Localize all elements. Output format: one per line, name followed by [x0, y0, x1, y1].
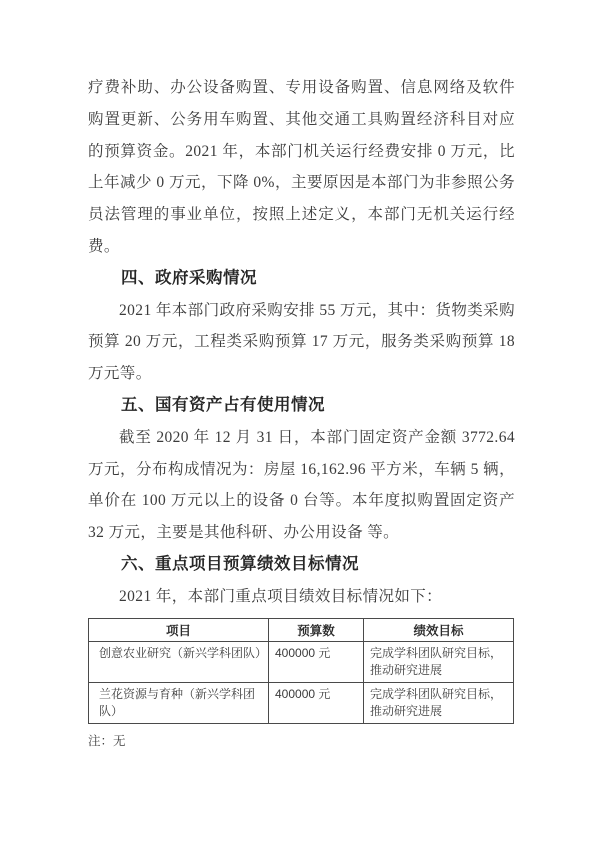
document-page: 疗费补助、办公设备购置、专用设备购置、信息网络及软件购置更新、公务用车购置、其他… [0, 0, 600, 848]
page-content: 疗费补助、办公设备购置、专用设备购置、信息网络及软件购置更新、公务用车购置、其他… [88, 72, 515, 749]
section-heading-government-procurement: 四、政府采购情况 [88, 263, 515, 295]
table-row: 兰花资源与育种（新兴学科团队） 400000 元 完成学科团队研究目标，推动研究… [89, 682, 514, 723]
column-header-performance-target: 绩效目标 [364, 618, 514, 641]
budget-amount-cell: 400000 元 [269, 641, 364, 682]
section-paragraph-state-assets: 截至 2020 年 12 月 31 日，本部门固定资产金额 3772.64 万元… [88, 422, 515, 549]
budget-amount-cell: 400000 元 [269, 682, 364, 723]
section-heading-state-assets: 五、国有资产占有使用情况 [88, 390, 515, 422]
column-header-budget: 预算数 [269, 618, 364, 641]
performance-target-cell: 完成学科团队研究目标，推动研究进展 [364, 682, 514, 723]
section-paragraph-government-procurement: 2021 年本部门政府采购安排 55 万元，其中：货物类采购预算 20 万元，工… [88, 295, 515, 390]
section-paragraph-key-project-performance: 2021 年，本部门重点项目绩效目标情况如下： [88, 581, 515, 613]
performance-targets-table: 项目 预算数 绩效目标 创意农业研究（新兴学科团队） 400000 元 完成学科… [88, 618, 514, 724]
section-heading-key-project-performance: 六、重点项目预算绩效目标情况 [88, 549, 515, 581]
table-footnote: 注：无 [88, 733, 515, 749]
column-header-project: 项目 [89, 618, 269, 641]
performance-target-cell: 完成学科团队研究目标，推动研究进展 [364, 641, 514, 682]
continuation-paragraph: 疗费补助、办公设备购置、专用设备购置、信息网络及软件购置更新、公务用车购置、其他… [88, 72, 515, 263]
table-row: 创意农业研究（新兴学科团队） 400000 元 完成学科团队研究目标，推动研究进… [89, 641, 514, 682]
project-name-cell: 创意农业研究（新兴学科团队） [89, 641, 269, 682]
project-name-cell: 兰花资源与育种（新兴学科团队） [89, 682, 269, 723]
table-header-row: 项目 预算数 绩效目标 [89, 618, 514, 641]
